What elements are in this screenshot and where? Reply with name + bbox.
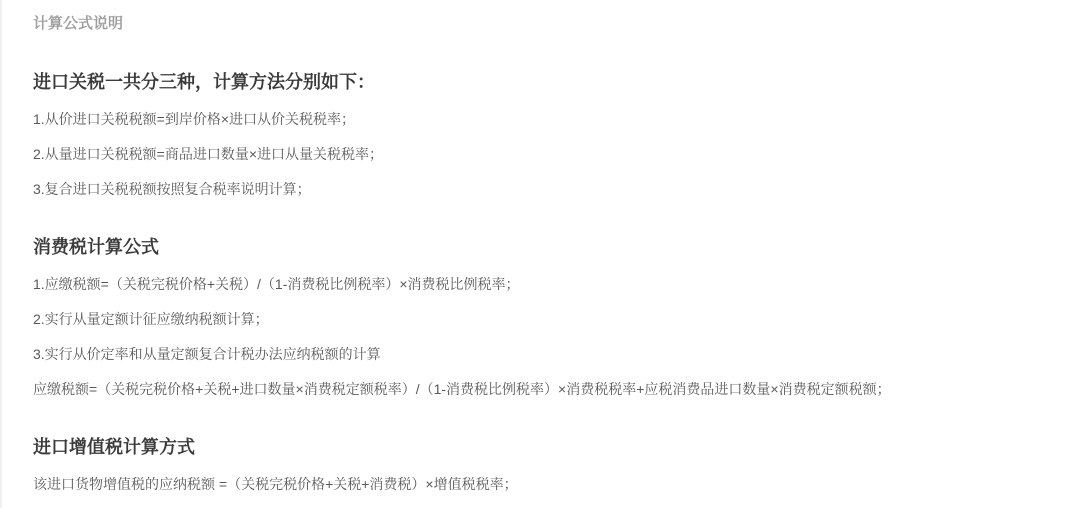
import-tariff-heading: 进口关税一共分三种，计算方法分别如下：: [33, 70, 1060, 94]
import-tariff-formula-2: 2.从量进口关税税额=商品进口数量×进口从量关税税率；: [33, 144, 1060, 164]
formula-help-page: 计算公式说明 进口关税一共分三种，计算方法分别如下： 1.从价进口关税税额=到岸…: [0, 0, 1080, 508]
section-import-vat: 进口增值税计算方式 该进口货物增值税的应纳税额 =（关税完税价格+关税+消费税）…: [33, 435, 1060, 494]
consumption-tax-heading: 消费税计算公式: [33, 235, 1060, 259]
section-consumption-tax: 消费税计算公式 1.应缴税额=（关税完税价格+关税）/（1-消费税比例税率）×消…: [33, 235, 1060, 399]
consumption-tax-formula-compound: 应缴税额=（关税完税价格+关税+进口数量×消费税定额税率）/（1-消费税比例税率…: [33, 379, 1060, 399]
consumption-tax-formula-1: 1.应缴税额=（关税完税价格+关税）/（1-消费税比例税率）×消费税比例税率；: [33, 274, 1060, 294]
page-title: 计算公式说明: [33, 14, 1060, 34]
consumption-tax-formula-2: 2.实行从量定额计征应缴纳税额计算；: [33, 309, 1060, 329]
section-import-tariff: 进口关税一共分三种，计算方法分别如下： 1.从价进口关税税额=到岸价格×进口从价…: [33, 70, 1060, 199]
import-vat-formula: 该进口货物增值税的应纳税额 =（关税完税价格+关税+消费税）×增值税税率；: [33, 474, 1060, 494]
import-tariff-formula-3: 3.复合进口关税税额按照复合税率说明计算；: [33, 179, 1060, 199]
consumption-tax-formula-3: 3.实行从价定率和从量定额复合计税办法应纳税额的计算: [33, 344, 1060, 364]
import-tariff-formula-1: 1.从价进口关税税额=到岸价格×进口从价关税税率；: [33, 109, 1060, 129]
import-vat-heading: 进口增值税计算方式: [33, 435, 1060, 459]
